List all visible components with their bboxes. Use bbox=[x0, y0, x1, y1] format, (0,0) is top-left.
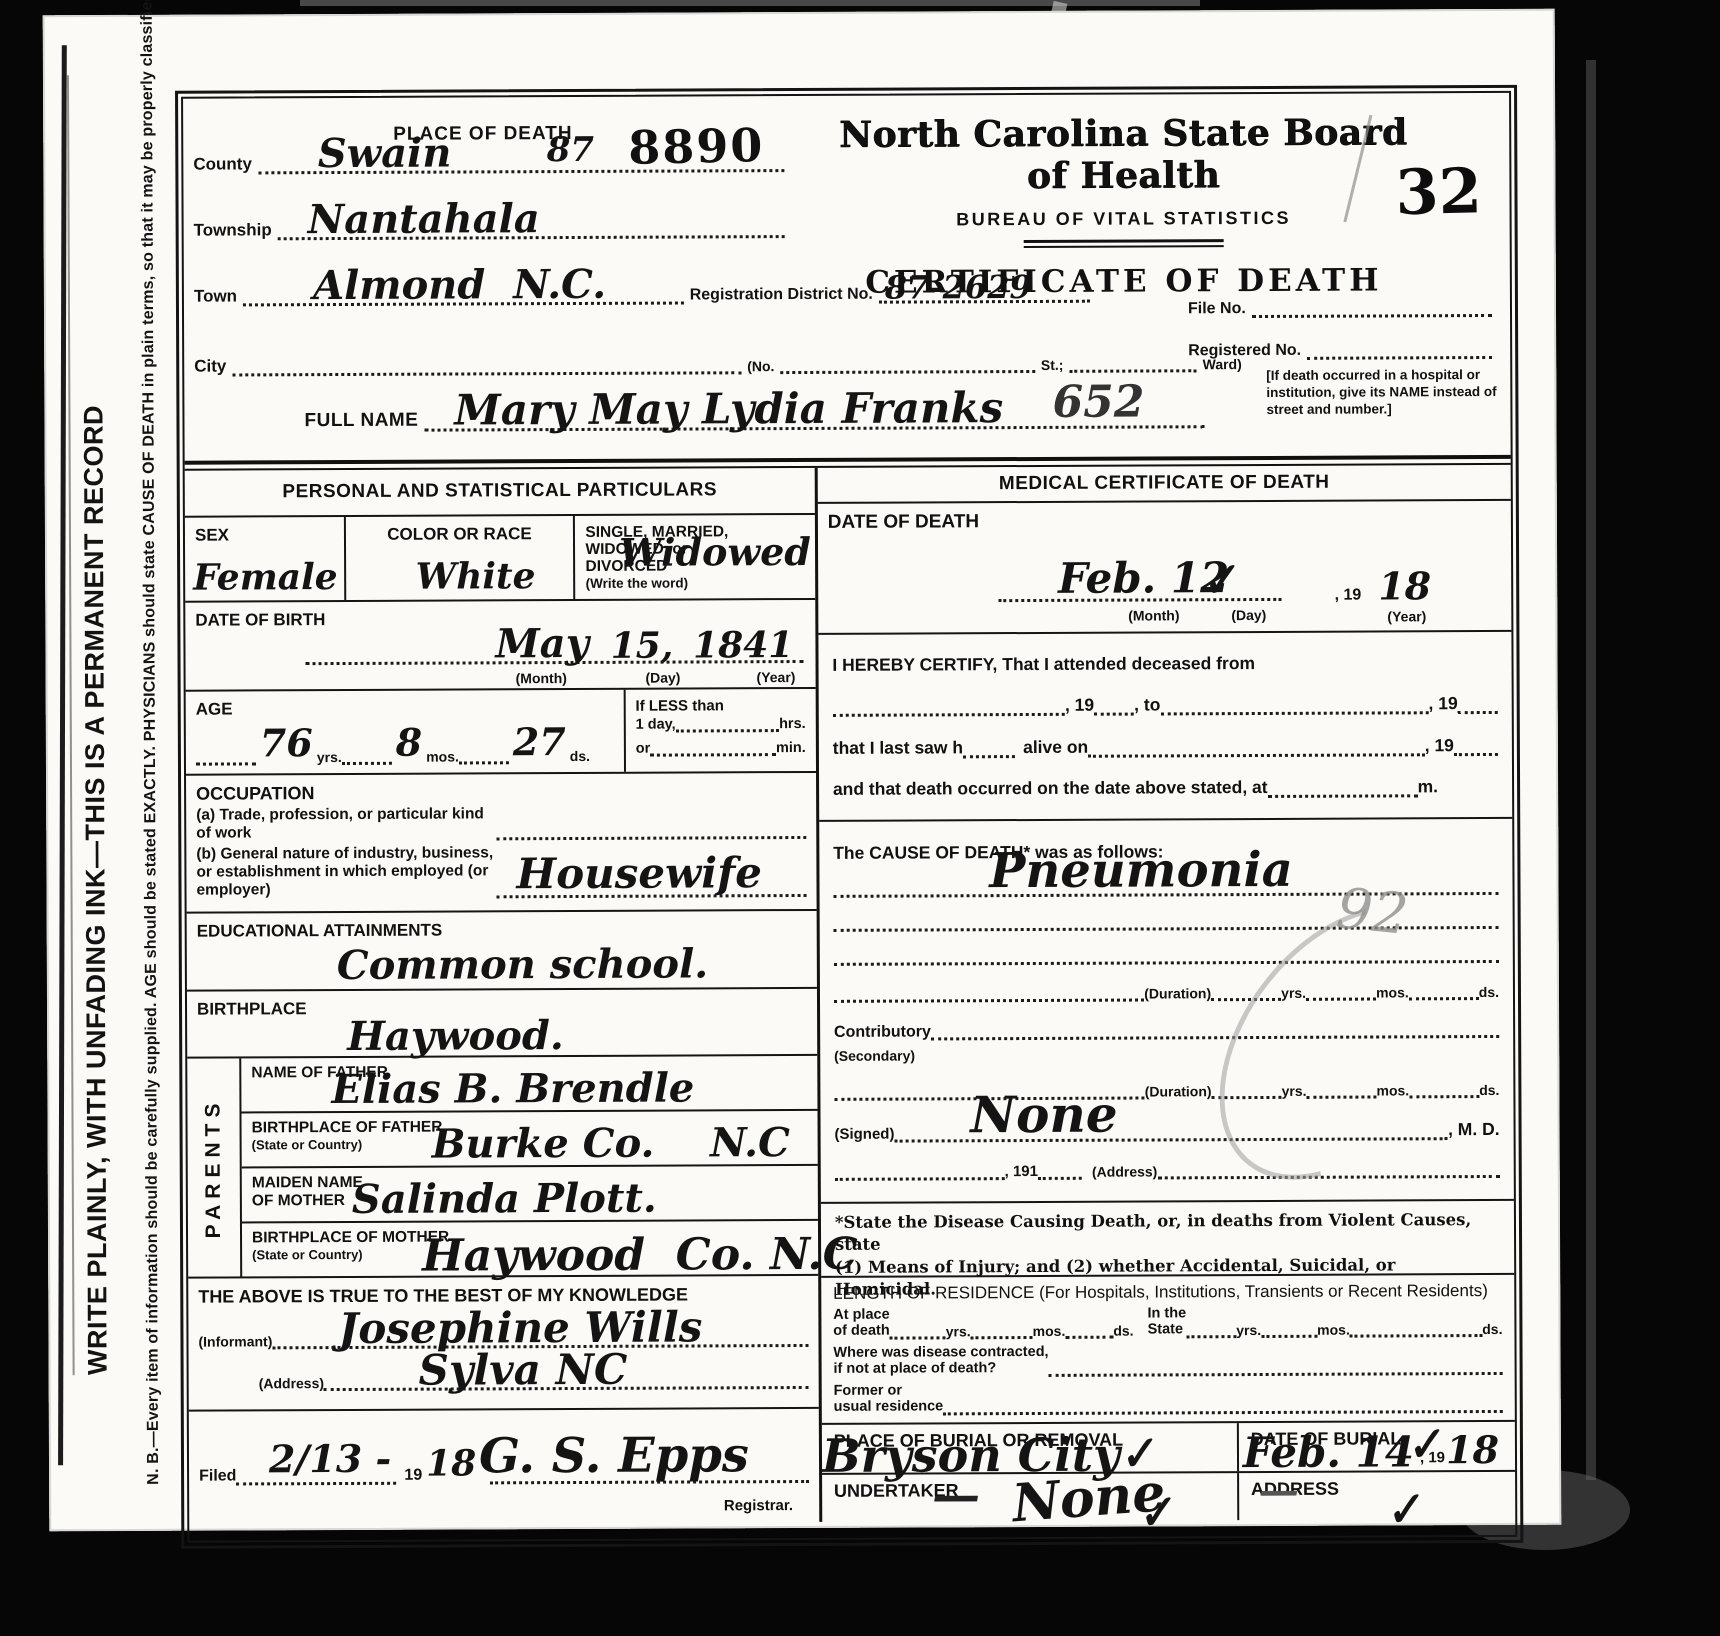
marital-note: (Write the word) bbox=[586, 575, 806, 591]
city-line bbox=[232, 361, 741, 376]
res-state-yrs-label: yrs. bbox=[1236, 1322, 1261, 1338]
document-page: WRITE PLAINLY, WITH UNFADING INK—THIS IS… bbox=[43, 9, 1562, 1532]
burial-section: PLACE OF BURIAL OR REMOVAL Bryson City ✓… bbox=[822, 1422, 1516, 1522]
county-value: Swain bbox=[318, 130, 452, 178]
year-191-label: , 191 bbox=[1005, 1163, 1038, 1180]
mother-name-value: Salinda Plott. bbox=[352, 1175, 657, 1223]
filed-label: Filed bbox=[199, 1467, 236, 1485]
residence-title: LENGTH OF RESIDENCE (For Hospitals, Inst… bbox=[833, 1281, 1502, 1304]
street-label: St.; bbox=[1041, 357, 1064, 373]
town-label: Town bbox=[194, 286, 237, 306]
informant-address-label: (Address) bbox=[259, 1375, 324, 1391]
if-less-cell: If LESS than 1 day, hrs. or min. bbox=[625, 689, 815, 772]
certify-rest-text: That I attended deceased from bbox=[997, 653, 1255, 675]
if-less-label: If LESS than bbox=[635, 697, 805, 715]
street-no-line bbox=[780, 360, 1034, 374]
mother-birthplace-value: Haywood Co. N.C bbox=[422, 1229, 858, 1282]
secondary-label: (Secondary) bbox=[834, 1048, 915, 1064]
last-saw-prefix: that I last saw h bbox=[833, 737, 963, 759]
alive-on-label: alive on bbox=[1023, 736, 1088, 757]
parents-side-label: PARENTS bbox=[201, 1097, 226, 1238]
duration2-ds-label: ds. bbox=[1479, 1082, 1499, 1098]
father-name-value: Elias B. Brendle bbox=[331, 1065, 694, 1114]
certify-block: I HEREBY CERTIFY, That I attended deceas… bbox=[818, 632, 1512, 822]
at-place-label-1: At place bbox=[833, 1308, 889, 1324]
sex-cell: SEX Female bbox=[185, 517, 346, 601]
burial-place-cell: PLACE OF BURIAL OR REMOVAL Bryson City ✓ bbox=[822, 1423, 1239, 1472]
former-label-2: usual residence bbox=[834, 1398, 944, 1414]
res-ds-label: ds. bbox=[1113, 1322, 1133, 1338]
signed-address-label: (Address) bbox=[1092, 1163, 1157, 1179]
residence-block: LENGTH OF RESIDENCE (For Hospitals, Inst… bbox=[821, 1275, 1515, 1425]
pencil-number-note: 92 bbox=[1333, 876, 1410, 948]
age-days-value: 27 bbox=[513, 719, 566, 764]
res-state-mos-label: mos. bbox=[1317, 1321, 1350, 1337]
filed-year-printed: 19 bbox=[404, 1467, 422, 1485]
page-edge-line bbox=[58, 45, 67, 1465]
md-label: , M. D. bbox=[1448, 1119, 1500, 1140]
former-label-1: Former or bbox=[834, 1383, 944, 1399]
file-no-line bbox=[1252, 304, 1492, 318]
margin-note-secondary: N. B.—Every item of information should b… bbox=[139, 155, 163, 1485]
certify-to-label: , to bbox=[1134, 695, 1160, 716]
certify-19-label: , 19 bbox=[1065, 695, 1094, 716]
age-months-value: 8 bbox=[396, 719, 423, 764]
county-label: County bbox=[193, 154, 252, 174]
mother-name-row: MAIDEN NAME OF MOTHER Salinda Plott. bbox=[242, 1166, 818, 1223]
street-line bbox=[1069, 359, 1196, 373]
full-name-line: Mary May Lydia Franks 652 bbox=[424, 415, 1204, 431]
age-yrs-label: yrs. bbox=[317, 749, 342, 765]
certificate-title: CERTIFICATE OF DEATH bbox=[824, 262, 1424, 301]
date-of-death-label: DATE OF DEATH bbox=[828, 509, 1501, 534]
registered-no-line bbox=[1307, 346, 1492, 360]
certificate-number-stamp: 8890 bbox=[627, 118, 764, 175]
dod-year-written: 18 bbox=[1378, 563, 1431, 608]
registrar-signature: G. S. Epps bbox=[479, 1427, 749, 1484]
contracted-label-1: Where was disease contracted, bbox=[833, 1345, 1048, 1362]
cause-of-death-value: Pneumonia bbox=[989, 842, 1293, 899]
scan-edge bbox=[1586, 60, 1596, 1480]
board-title-block: North Carolina State Board of Health BUR… bbox=[823, 111, 1424, 301]
checkmark-icon: ✓ bbox=[1204, 567, 1241, 595]
personal-section-title: PERSONAL AND STATISTICAL PARTICULARS bbox=[185, 468, 815, 517]
house-number-handwritten: 652 bbox=[1052, 377, 1144, 428]
undertaker-address-cell: ADDRESS — ✓ bbox=[1239, 1471, 1515, 1520]
dob-year-label: (Year) bbox=[756, 669, 795, 685]
dob-day-value: 15, bbox=[611, 625, 674, 667]
checkmark-icon: ✓ bbox=[1388, 1497, 1425, 1525]
sex-label: SEX bbox=[195, 525, 334, 546]
full-name-label: FULL NAME bbox=[304, 410, 418, 432]
last-saw-19-label: , 19 bbox=[1425, 735, 1454, 756]
res-yrs-label: yrs. bbox=[946, 1323, 971, 1339]
township-row: Township Nantahala bbox=[194, 218, 791, 241]
dob-day-label: (Day) bbox=[645, 670, 680, 686]
informant-label: (Informant) bbox=[198, 1333, 272, 1349]
town-line: Almond N.C. bbox=[243, 292, 684, 307]
death-occurred-text: and that death occurred on the date abov… bbox=[833, 777, 1268, 800]
or-label: or bbox=[636, 741, 651, 757]
age-ds-label: ds. bbox=[570, 748, 590, 764]
signed-value: None bbox=[970, 1085, 1117, 1145]
in-state-label-1: In the bbox=[1147, 1306, 1186, 1322]
age-mos-label: mos. bbox=[426, 748, 459, 764]
registered-no-row: Registered No. bbox=[1188, 341, 1498, 360]
undertaker-dash: — bbox=[932, 1467, 980, 1523]
district-prefix-handwritten: 87 bbox=[547, 130, 595, 170]
cause-of-death-block: The CAUSE OF DEATH* was as follows: Pneu… bbox=[819, 819, 1514, 1204]
file-no-row: File No. bbox=[1188, 299, 1498, 318]
dod-year-label: (Year) bbox=[1387, 608, 1426, 624]
file-no-label: File No. bbox=[1188, 300, 1246, 318]
date-of-death-line: Feb. 12 ✓ bbox=[998, 598, 1281, 602]
informant-address-value: Sylva NC bbox=[419, 1345, 628, 1395]
filed-year-written: 18 bbox=[426, 1442, 476, 1484]
duration2-label: (Duration) bbox=[1145, 1083, 1212, 1099]
father-name-row: NAME OF FATHER Elias B. Brendle bbox=[241, 1056, 817, 1113]
footnote-line1: *State the Disease Causing Death, or, in… bbox=[835, 1209, 1500, 1256]
birthplace-row: BIRTHPLACE Haywood. bbox=[187, 989, 817, 1059]
hrs-label: hrs. bbox=[779, 716, 806, 732]
full-name-row: FULL NAME Mary May Lydia Franks 652 bbox=[304, 406, 1210, 432]
duration-ds-label: ds. bbox=[1479, 984, 1499, 1000]
cause-footnote: *State the Disease Causing Death, or, in… bbox=[821, 1201, 1514, 1278]
registrar-label: Registrar. bbox=[199, 1483, 809, 1517]
min-label: min. bbox=[776, 740, 806, 756]
certify-bold-text: I HEREBY CERTIFY, bbox=[832, 654, 997, 676]
father-birthplace-value: Burke Co. N.C bbox=[432, 1119, 790, 1168]
hospital-instruction-note: [If death occurred in a hospital or inst… bbox=[1266, 367, 1498, 419]
dod-day-label: (Day) bbox=[1231, 607, 1266, 623]
race-cell: COLOR OR RACE White bbox=[345, 516, 575, 600]
father-birthplace-row: BIRTHPLACE OF FATHER (State or Country) … bbox=[241, 1111, 817, 1168]
township-line: Nantahala bbox=[278, 225, 785, 240]
marital-cell: SINGLE, MARRIED, WIDOWED, or DIVORCED (W… bbox=[575, 515, 815, 599]
res-state-ds-label: ds. bbox=[1482, 1321, 1502, 1337]
race-value: White bbox=[416, 555, 536, 598]
title-divider bbox=[1024, 239, 1224, 248]
filed-row: Filed 2/13 - 19 18 G. S. Epps Registrar. bbox=[189, 1409, 819, 1525]
county-line: Swain 87 8890 bbox=[258, 159, 784, 174]
page-edge-line bbox=[67, 75, 75, 1375]
dod-month-label: (Month) bbox=[1128, 607, 1179, 623]
sex-value: Female bbox=[193, 556, 338, 599]
medical-column: MEDICAL CERTIFICATE OF DEATH DATE OF DEA… bbox=[818, 465, 1516, 1522]
occupation-value: Housewife bbox=[516, 848, 762, 898]
township-label: Township bbox=[194, 220, 272, 240]
parents-side-label-cell: PARENTS bbox=[187, 1059, 242, 1277]
certify-19b-label: , 19 bbox=[1428, 694, 1457, 715]
at-place-label-2: of death bbox=[833, 1323, 889, 1339]
occupation-row: OCCUPATION (a) Trade, profession, or par… bbox=[186, 773, 816, 914]
birthplace-value: Haywood. bbox=[347, 1012, 564, 1060]
town-value: Almond N.C. bbox=[313, 261, 606, 309]
burial-year-written: 18 bbox=[1446, 1426, 1499, 1471]
medical-section-title: MEDICAL CERTIFICATE OF DEATH bbox=[818, 465, 1511, 504]
dob-month-value: May bbox=[495, 620, 589, 667]
date-of-death-row: DATE OF DEATH Feb. 12 ✓ (Month) (Day) , … bbox=[818, 501, 1512, 635]
personal-column: PERSONAL AND STATISTICAL PARTICULARS SEX… bbox=[185, 468, 822, 1525]
marital-value: Widowed bbox=[619, 529, 811, 575]
res-mos-label: mos. bbox=[1033, 1323, 1066, 1339]
undertaker-cell: UNDERTAKER — None ✓ bbox=[822, 1473, 1239, 1522]
contributory-label: Contributory bbox=[834, 1023, 931, 1041]
certificate-header: PLACE OF DEATH County Swain 87 8890 Town… bbox=[183, 93, 1511, 461]
age-years-value: 76 bbox=[260, 720, 313, 765]
mother-birthplace-row: BIRTHPLACE OF MOTHER (State or Country) … bbox=[242, 1221, 818, 1276]
sex-race-marital-row: SEX Female COLOR OR RACE White SINGLE, M… bbox=[185, 515, 815, 603]
in-state-label-2: State bbox=[1148, 1321, 1184, 1337]
street-no-label: (No. bbox=[747, 358, 774, 374]
age-dots bbox=[459, 751, 509, 764]
attestation-section: THE ABOVE IS TRUE TO THE BEST OF MY KNOW… bbox=[188, 1276, 818, 1412]
city-label: City bbox=[194, 357, 226, 377]
dob-year-value: 1841 bbox=[693, 624, 793, 666]
certificate-frame: PLACE OF DEATH County Swain 87 8890 Town… bbox=[175, 85, 1523, 1549]
contracted-label-2: if not at place of death? bbox=[833, 1360, 996, 1377]
filed-date-value: 2/13 - bbox=[269, 1436, 391, 1482]
burial-year-printed: , 19 bbox=[1420, 1449, 1445, 1466]
parents-section: PARENTS NAME OF FATHER Elias B. Brendle … bbox=[187, 1056, 818, 1278]
age-dots bbox=[342, 752, 392, 765]
scanned-death-certificate: WRITE PLAINLY, WITH UNFADING INK—THIS IS… bbox=[0, 0, 1720, 1636]
age-label: AGE bbox=[196, 698, 614, 720]
education-row: EDUCATIONAL ATTAINMENTS Common school. bbox=[187, 911, 817, 992]
one-day-label: 1 day, bbox=[636, 717, 676, 733]
occupation-a-label: (a) Trade, profession, or particular kin… bbox=[196, 805, 496, 842]
occupation-b-label: (b) General nature of industry, business… bbox=[196, 845, 496, 900]
dob-month-label: (Month) bbox=[516, 670, 567, 686]
education-label: EDUCATIONAL ATTAINMENTS bbox=[197, 919, 807, 942]
page-number-stamp: 32 bbox=[1394, 154, 1482, 229]
burial-date-cell: DATE OF BURIAL Feb. 14 ✓ , 19 18 bbox=[1239, 1422, 1515, 1471]
death-occurred-m-label: m. bbox=[1418, 776, 1439, 797]
dob-row: DATE OF BIRTH May 15, 1841 (Month) (Day)… bbox=[185, 600, 815, 692]
city-row: City (No. St.; Ward) bbox=[194, 352, 1242, 377]
full-name-value: Mary May Lydia Franks bbox=[454, 383, 1003, 434]
signed-label: (Signed) bbox=[834, 1126, 894, 1143]
registered-no-label: Registered No. bbox=[1188, 342, 1301, 360]
duration-label: (Duration) bbox=[1144, 985, 1211, 1001]
county-row: County Swain 87 8890 bbox=[193, 152, 790, 175]
occupation-label: OCCUPATION bbox=[196, 781, 806, 805]
margin-note-primary: WRITE PLAINLY, WITH UNFADING INK—THIS IS… bbox=[78, 315, 114, 1375]
dod-year-printed: , 19 bbox=[1335, 587, 1362, 605]
certificate-inner-frame: PLACE OF DEATH County Swain 87 8890 Town… bbox=[181, 91, 1517, 1543]
township-value: Nantahala bbox=[308, 195, 540, 243]
checkmark-icon: ✓ bbox=[1140, 1500, 1177, 1528]
board-title: North Carolina State Board of Health bbox=[823, 111, 1423, 198]
age-cell: AGE 76 yrs. 8 mos. 27 bbox=[186, 690, 626, 774]
age-dots bbox=[196, 752, 256, 765]
bureau-subtitle: BUREAU OF VITAL STATISTICS bbox=[824, 207, 1424, 231]
race-label: COLOR OR RACE bbox=[355, 524, 563, 545]
age-row: AGE 76 yrs. 8 mos. 27 bbox=[186, 689, 816, 775]
address-dash: — bbox=[1259, 1467, 1299, 1514]
education-value: Common school. bbox=[337, 941, 708, 990]
dob-line: May 15, 1841 bbox=[306, 660, 804, 665]
